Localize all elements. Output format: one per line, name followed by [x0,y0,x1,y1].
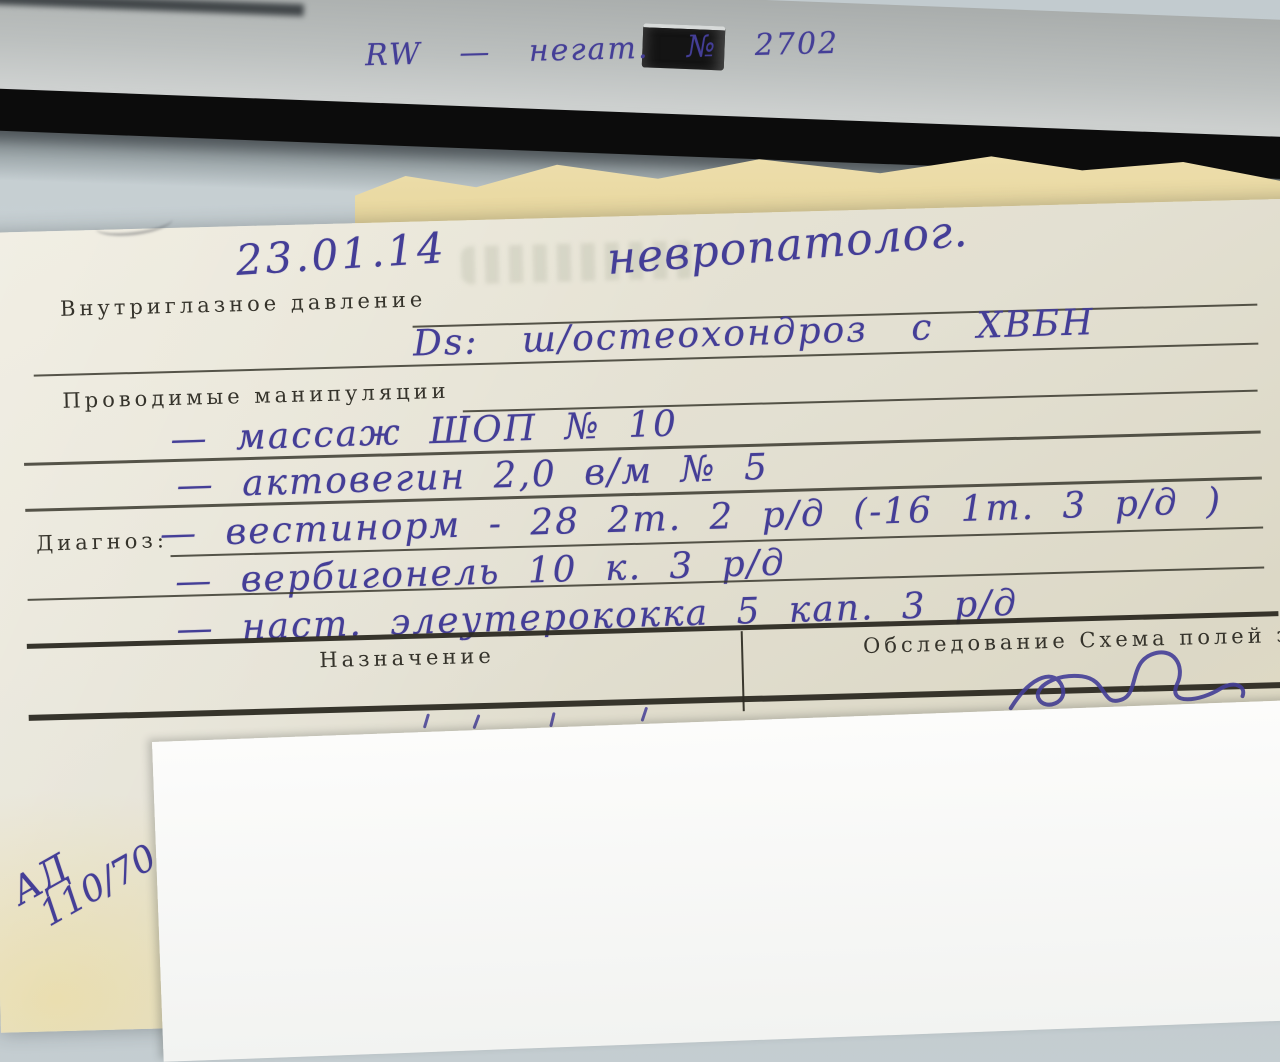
pen-stroke-fragment [423,713,430,728]
label-manipulations: Проводимые манипуляции [62,379,450,413]
white-paper-sheet [152,696,1280,960]
label-prescription: Назначение [319,644,495,673]
pen-stroke-fragment [641,707,649,722]
pen-stroke-fragment [549,712,555,727]
laptop-dark-corner [0,0,304,16]
handwritten-specialist: невропатолог. [605,206,970,285]
label-intraocular-pressure: Внутриглазное давление [60,287,427,321]
label-diagnosis: Диагноз: [36,528,168,555]
pen-stroke-fragment [472,714,480,729]
handwritten-date: 23.01.14 [234,223,448,285]
blood-pressure-note: АД 110/70. [5,803,172,939]
